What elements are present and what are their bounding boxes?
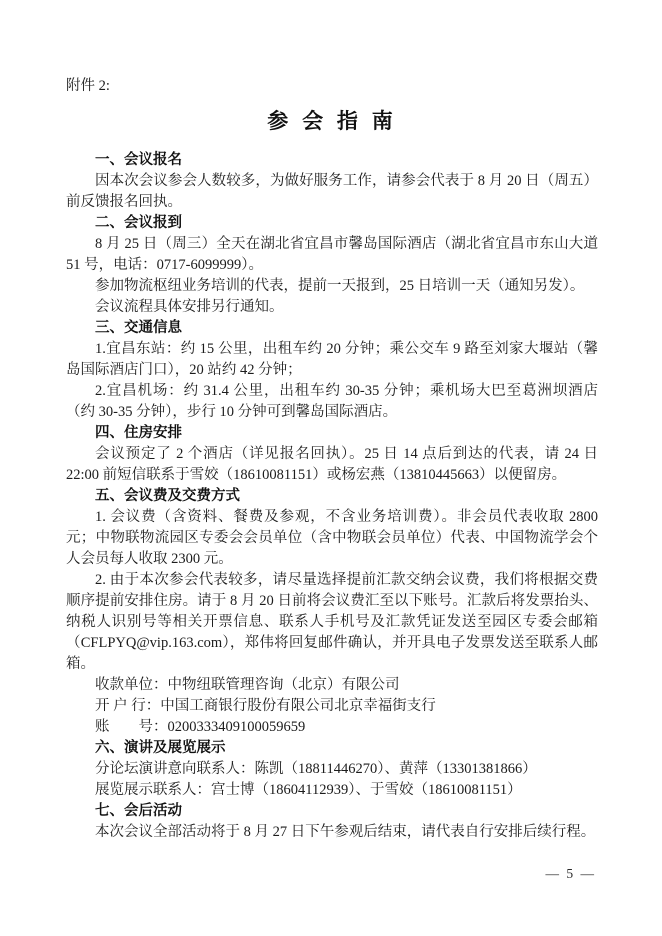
section-heading-housing: 四、住房安排 [66, 423, 598, 444]
attachment-label: 附件 2: [66, 76, 598, 97]
section-transport: 三、交通信息 1.宜昌东站：约 15 公里，出租车约 20 分钟；乘公交车 9 … [66, 318, 598, 423]
exhibition-contacts-line: 展览展示联系人：宫士博（18604112939）、于雪姣（18610081151… [66, 780, 598, 801]
bank-line: 开 户 行：中国工商银行股份有限公司北京幸福街支行 [66, 696, 598, 717]
section-heading-speech-exhibition: 六、演讲及展览展示 [66, 738, 598, 759]
payee-line: 收款单位：中物纽联管理咨询（北京）有限公司 [66, 675, 598, 696]
section-heading-fees: 五、会议费及交费方式 [66, 486, 598, 507]
account-number-line: 账 号：0200333409100059659 [66, 717, 598, 738]
paragraph: 参加物流枢纽业务培训的代表，提前一天报到，25 日培训一天（通知另发）。 [66, 276, 598, 297]
document-page: 附件 2: 参 会 指 南 一、会议报名 因本次会议参会人数较多，为做好服务工作… [0, 0, 662, 936]
section-housing: 四、住房安排 会议预定了 2 个酒店（详见报名回执）。25 日 14 点后到达的… [66, 423, 598, 486]
section-heading-registration: 一、会议报名 [66, 150, 598, 171]
section-checkin: 二、会议报到 8 月 25 日（周三）全天在湖北省宜昌市馨岛国际酒店（湖北省宜昌… [66, 213, 598, 318]
section-heading-post-activities: 七、会后活动 [66, 801, 598, 822]
speech-contacts-line: 分论坛演讲意向联系人：陈凯（18811446270）、黄萍（1330138186… [66, 759, 598, 780]
section-heading-checkin: 二、会议报到 [66, 213, 598, 234]
section-fees: 五、会议费及交费方式 1. 会议费（含资料、餐费及参观，不含业务培训费）。非会员… [66, 486, 598, 738]
paragraph: 8 月 25 日（周三）全天在湖北省宜昌市馨岛国际酒店（湖北省宜昌市东山大道 5… [66, 234, 598, 276]
section-speech-exhibition: 六、演讲及展览展示 分论坛演讲意向联系人：陈凯（18811446270）、黄萍（… [66, 738, 598, 801]
paragraph: 会议预定了 2 个酒店（详见报名回执）。25 日 14 点后到达的代表，请 24… [66, 444, 598, 486]
paragraph: 因本次会议参会人数较多，为做好服务工作，请参会代表于 8 月 20 日（周五）前… [66, 171, 598, 213]
section-heading-transport: 三、交通信息 [66, 318, 598, 339]
section-post-activities: 七、会后活动 本次会议全部活动将于 8 月 27 日下午参观后结束，请代表自行安… [66, 801, 598, 843]
section-registration: 一、会议报名 因本次会议参会人数较多，为做好服务工作，请参会代表于 8 月 20… [66, 150, 598, 213]
paragraph: 2. 由于本次参会代表较多，请尽量选择提前汇款交纳会议费，我们将根据交费顺序提前… [66, 570, 598, 675]
page-title: 参 会 指 南 [66, 108, 598, 136]
paragraph: 2.宜昌机场：约 31.4 公里，出租车约 30-35 分钟；乘机场大巴至葛洲坝… [66, 381, 598, 423]
page-number: — 5 — [546, 864, 597, 884]
paragraph: 1.宜昌东站：约 15 公里，出租车约 20 分钟；乘公交车 9 路至刘家大堰站… [66, 339, 598, 381]
paragraph: 会议流程具体安排另行通知。 [66, 297, 598, 318]
paragraph: 1. 会议费（含资料、餐费及参观，不含业务培训费）。非会员代表收取 2800 元… [66, 507, 598, 570]
paragraph: 本次会议全部活动将于 8 月 27 日下午参观后结束，请代表自行安排后续行程。 [66, 822, 598, 843]
